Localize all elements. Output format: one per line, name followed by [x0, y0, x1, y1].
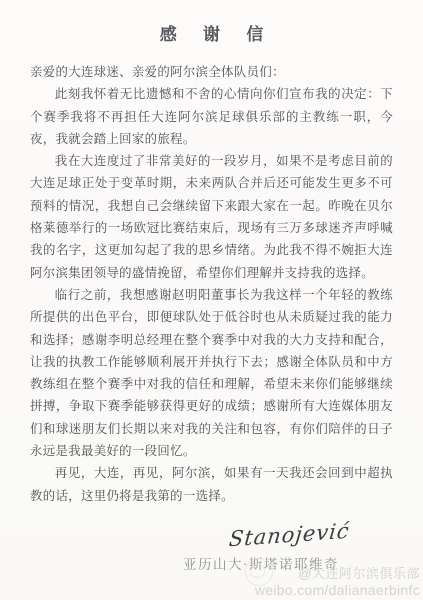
letter-title: 感 谢 信	[0, 20, 423, 45]
weibo-account-handle: @大连阿尔滨俱乐部	[255, 566, 420, 582]
letter-body: 亲爱的大连球迷、亲爱的阿尔滨全体队员们： 此刻我怀着无比遗憾和不舍的心情向你们宣…	[30, 61, 393, 507]
letter-paragraph: 临行之前，我想感谢赵明阳董事长为我这样一个年轻的教练所提供的出色平台，即便球队处…	[30, 284, 393, 462]
letter-paragraph: 我在大连度过了非常美好的一段岁月，如果不是考虑目前的大连足球正处于变革时期，未来…	[30, 150, 393, 284]
letter-salutation: 亲爱的大连球迷、亲爱的阿尔滨全体队员们：	[30, 61, 393, 83]
handwritten-signature: Stanojević	[228, 519, 351, 552]
weibo-watermark: @大连阿尔滨俱乐部 weibo.com/dalianaerbinfc	[255, 566, 420, 598]
letter-paragraph: 再见，大连，再见，阿尔滨，如果有一天我还会回到中超执教的话，这里仍将是我第的一选…	[30, 462, 393, 507]
letter-paragraph: 此刻我怀着无比遗憾和不舍的心情向你们宣布我的决定：下个赛季我将不再担任大连阿尔滨…	[30, 83, 393, 150]
weibo-url: weibo.com/dalianaerbinfc	[255, 582, 420, 598]
letter-page: 感 谢 信 亲爱的大连球迷、亲爱的阿尔滨全体队员们： 此刻我怀着无比遗憾和不舍的…	[0, 0, 423, 600]
